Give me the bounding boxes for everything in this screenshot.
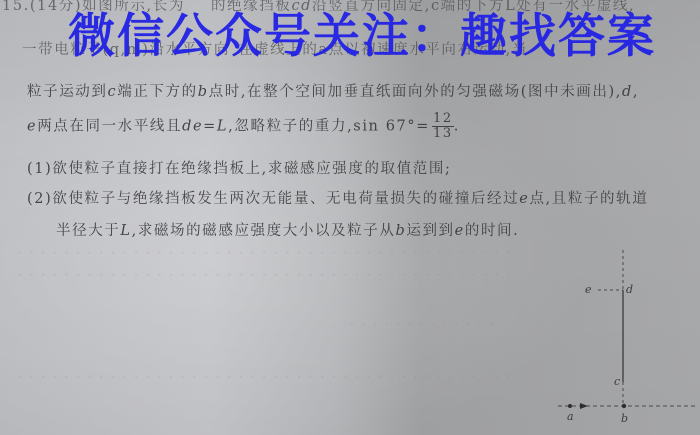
label-d: d (626, 283, 633, 296)
label-a: a (567, 410, 574, 423)
diagram-lines (540, 240, 700, 435)
label-c: c (614, 375, 620, 388)
fraction-12-13: 1213 (432, 112, 454, 141)
problem-line-3: 粒子运动到c端正下方的b点时,在整个空间加垂直纸面向外的匀强磁场(图中未画出),… (27, 80, 639, 101)
label-e: e (585, 283, 592, 296)
bleed-through-text: · · · · · · · · · · · · · · · · · · · · … (18, 370, 524, 384)
question-1: (1)欲使粒子直接打在绝缘挡板上,求磁感应强度的取值范围; (27, 157, 451, 178)
physics-diagram: e d c a b (540, 240, 700, 435)
bleed-through-text: · · · · · · · · · · · · · (350, 318, 495, 332)
bleed-through-text: · · · · · · · · · · · · · · · · · · · · … (18, 246, 524, 260)
label-b: b (621, 412, 628, 425)
question-2-continued: 半径大于L,求磁场的磁感应强度大小以及粒子从b运到到e的时间. (56, 219, 519, 240)
watermark-text: 微信公众号关注：趣找答案 (68, 9, 656, 65)
question-2: (2)欲使粒子与绝缘挡板发生两次无能量、无电荷量损失的碰撞后经过e点,且粒子的轨… (27, 187, 648, 208)
problem-line-4: e两点在同一水平线且de=L,忽略粒子的重力,sin 67°=1213. (27, 112, 460, 141)
bleed-through-text: · · · · · · · · · · · · · · · · · · · · … (18, 268, 524, 282)
